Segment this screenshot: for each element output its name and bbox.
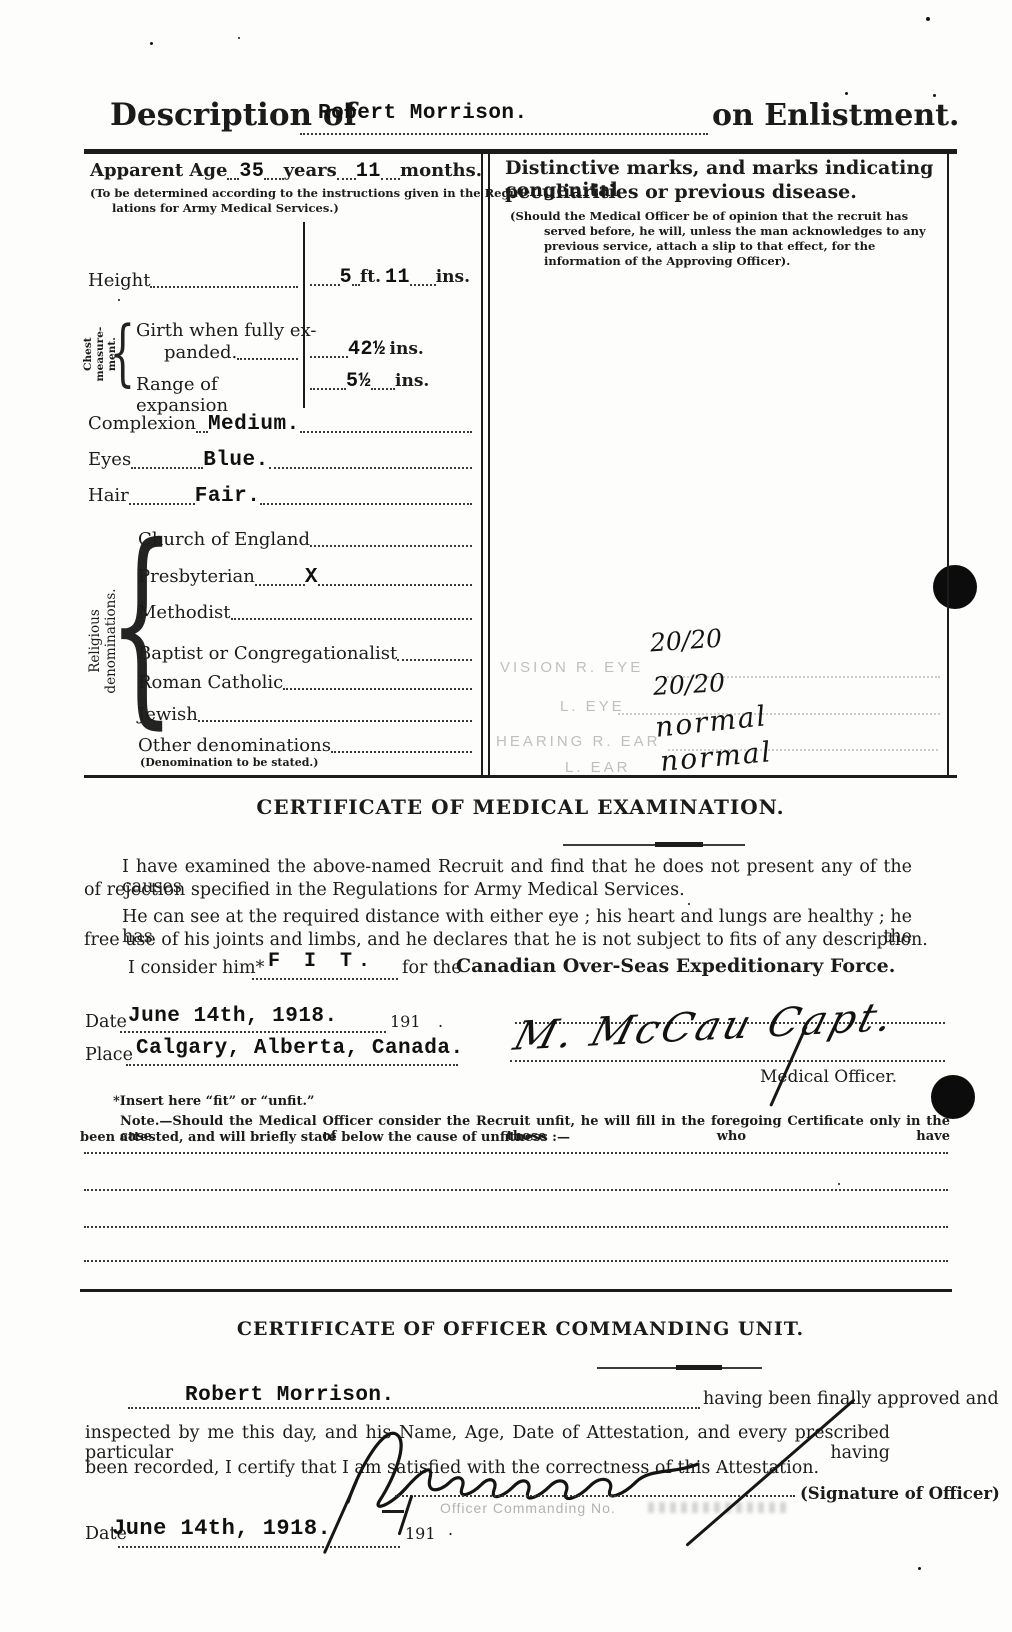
blank-line bbox=[84, 1189, 948, 1191]
denomination-row-baptist: Baptist or Congregationalist bbox=[138, 643, 472, 664]
officer-date-value: June 14th, 1918. bbox=[112, 1516, 331, 1541]
force-name: Canadian Over-Seas Expeditionary Force. bbox=[456, 955, 895, 977]
document-page: Description of Robert Morrison. on Enlis… bbox=[0, 0, 1012, 1632]
medical-officer-signature: M. McCau Capt. bbox=[509, 994, 901, 1059]
scan-speck bbox=[150, 42, 153, 45]
scan-speck bbox=[926, 17, 930, 21]
height-ft-value: 5 bbox=[340, 266, 353, 289]
table-divider-line-2 bbox=[488, 152, 490, 775]
scan-speck bbox=[688, 903, 690, 905]
hole-punch-bottom bbox=[931, 1075, 975, 1119]
title-dotted-line bbox=[300, 133, 708, 135]
stamp-smudge bbox=[648, 1502, 788, 1513]
vision-right-eye-value: 20/20 bbox=[649, 624, 723, 658]
apparent-age-years-value: 35 bbox=[239, 160, 264, 183]
officer-commanding-stamp: Officer Commanding No. bbox=[440, 1500, 616, 1516]
eyes-label: Eyes bbox=[88, 449, 131, 470]
pen-dash bbox=[382, 1510, 404, 1513]
officer-cert-title: CERTIFICATE OF OFFICER COMMANDING UNIT. bbox=[84, 1318, 957, 1340]
presbyterian-x-mark: X bbox=[305, 566, 318, 589]
scan-speck bbox=[238, 37, 240, 39]
apparent-age-months-value: 11 bbox=[356, 160, 381, 183]
scan-speck bbox=[838, 1183, 840, 1185]
height-row: Height bbox=[88, 270, 298, 291]
ins-label: ins. bbox=[436, 267, 470, 287]
medical-para1-line2: of rejection specified in the Regulation… bbox=[84, 880, 685, 900]
girth-label-line2-row: panded. bbox=[164, 342, 298, 363]
range-value-row: 5½ ins. bbox=[310, 370, 460, 393]
medical-para2-line2: free use of his joints and limbs, and he… bbox=[84, 930, 928, 950]
left-ear-stamp-label: L. EAR bbox=[565, 759, 631, 776]
value-column-divider bbox=[303, 222, 305, 408]
left-eye-stamp-label: L. EYE bbox=[560, 698, 625, 715]
vision-left-eye-value: 20/20 bbox=[652, 668, 725, 701]
age-note-line2: lations for Army Medical Services.) bbox=[112, 201, 339, 216]
years-label: years bbox=[284, 160, 337, 181]
medical-cert-divider-thick bbox=[655, 842, 703, 847]
denomination-row-jewish: Jewish bbox=[138, 704, 472, 725]
scan-speck bbox=[118, 299, 120, 301]
section-rule bbox=[80, 1289, 952, 1292]
place-value: Calgary, Alberta, Canada. bbox=[136, 1037, 464, 1060]
officer-cert-divider-thick bbox=[676, 1365, 722, 1370]
range-row: Range of expansion bbox=[136, 374, 298, 416]
months-label: months. bbox=[400, 160, 482, 181]
distinctive-marks-header-line2: peculiarities or previous disease. bbox=[505, 181, 857, 203]
age-note-line1: (To be determined according to the instr… bbox=[90, 186, 523, 201]
table-bottom-border bbox=[84, 775, 957, 778]
distinctive-marks-note: (Should the Medical Officer be of opinio… bbox=[510, 209, 952, 269]
officer-date-suffix: 191 bbox=[405, 1524, 436, 1543]
medical-cert-title: CERTIFICATE OF MEDICAL EXAMINATION. bbox=[84, 795, 957, 819]
unfit-note-line2: been attested, and will briefly state be… bbox=[80, 1130, 570, 1145]
girth-value: 42½ bbox=[348, 338, 386, 361]
medical-cert-divider bbox=[563, 844, 745, 846]
recruit-name-title: Robert Morrison. bbox=[318, 102, 528, 125]
table-divider-line-1 bbox=[481, 152, 483, 775]
place-label: Place bbox=[85, 1045, 133, 1065]
medical-date-label: Date bbox=[85, 1012, 127, 1032]
girth-label-line2: panded. bbox=[164, 342, 237, 363]
height-in-value: 11 bbox=[385, 266, 410, 289]
blank-line bbox=[84, 1152, 948, 1154]
medical-date-suffix: 191 bbox=[390, 1012, 421, 1031]
girth-ins-label: ins. bbox=[390, 339, 424, 359]
title-rule bbox=[84, 149, 957, 154]
denomination-row-methodist: Methodist bbox=[138, 602, 472, 623]
complexion-row: Complexion Medium. bbox=[88, 413, 472, 436]
insert-fit-note: *Insert here “fit” or “unfit.” bbox=[113, 1094, 315, 1109]
denomination-row-other: Other denominations bbox=[138, 735, 472, 756]
consider-prefix: I consider him* bbox=[128, 958, 264, 978]
medical-date-period: . bbox=[438, 1012, 443, 1031]
hearing-stamp-label: HEARING R. EAR bbox=[496, 733, 661, 750]
girth-value-row: 42½ ins. bbox=[310, 338, 460, 361]
range-ins-label: ins. bbox=[395, 371, 429, 391]
scan-speck bbox=[933, 94, 936, 97]
hair-value: Fair. bbox=[195, 485, 261, 508]
height-value-row: 5 ft. 11 ins. bbox=[310, 266, 470, 289]
complexion-value: Medium. bbox=[208, 413, 300, 436]
denomination-note: (Denomination to be stated.) bbox=[140, 756, 318, 769]
medical-date-value: June 14th, 1918. bbox=[128, 1005, 338, 1028]
eyes-row: Eyes Blue. bbox=[88, 449, 472, 472]
height-label: Height bbox=[88, 270, 150, 291]
blank-line bbox=[84, 1226, 948, 1228]
chest-brace: { bbox=[110, 316, 135, 388]
hole-punch-top bbox=[933, 565, 977, 609]
range-value: 5½ bbox=[346, 370, 371, 393]
denomination-row-church-of-england: Church of England bbox=[138, 529, 472, 550]
range-label: Range of expansion bbox=[136, 374, 298, 416]
scan-speck bbox=[918, 1567, 921, 1570]
scan-speck bbox=[845, 92, 848, 95]
blank-line bbox=[84, 1260, 948, 1262]
girth-label-line1: Girth when fully ex- bbox=[136, 320, 316, 341]
consider-mid: for the bbox=[402, 958, 462, 978]
denomination-row-roman-catholic: Roman Catholic bbox=[138, 672, 472, 693]
officer-date-period: . bbox=[448, 1520, 453, 1539]
page-title-suffix: on Enlistment. bbox=[712, 98, 959, 133]
apparent-age-row: Apparent Age 35 years 11 months. bbox=[90, 160, 482, 183]
ft-label: ft. bbox=[360, 267, 381, 287]
signature-of-officer-label: (Signature of Officer) bbox=[800, 1484, 1000, 1503]
vision-stamp-label: VISION R. EYE bbox=[500, 659, 643, 676]
fit-value: F I T. bbox=[268, 950, 376, 973]
complexion-label: Complexion bbox=[88, 413, 196, 434]
eyes-value: Blue. bbox=[203, 449, 269, 472]
denomination-row-presbyterian: Presbyterian X bbox=[138, 566, 472, 589]
apparent-age-label: Apparent Age bbox=[90, 160, 227, 181]
officer-cert-name-value: Robert Morrison. bbox=[185, 1384, 395, 1407]
